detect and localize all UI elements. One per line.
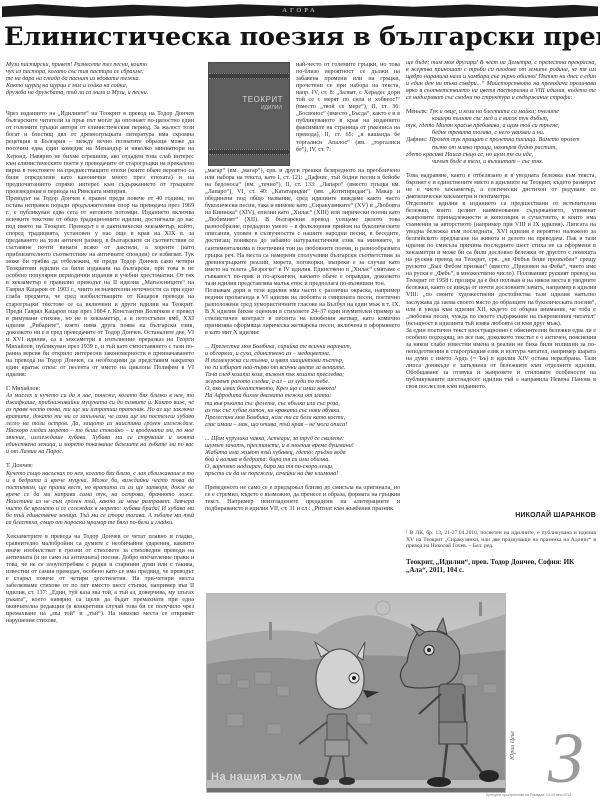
dialogue-line: пълно от мляко пращи, нахвърля буйно рас… (406, 145, 596, 152)
body-paragraph: За един поетичен текст илострационно с о… (406, 328, 596, 391)
body-paragraph: „магар“ (вм. „магар“), срв. и други греш… (205, 168, 400, 288)
dialogue-line: чичът бъде в тега, и вълиштат – със тях. (406, 159, 596, 166)
epigraph-line: дружба на дружбата, тъй ли са мили и Муз… (6, 90, 194, 97)
epigraph-line: Музи пастирски, привет! Разнесете тез пе… (6, 62, 194, 69)
section-label: АГОРА (0, 7, 600, 14)
body-paragraph: Преведеното не само се е придържал близк… (205, 485, 400, 513)
poem-line: Жабата има живот тъй хубавец, гдето: гръ… (205, 450, 400, 457)
body-paragraph: ще бъде; там моя другари! В чест на Деме… (406, 60, 596, 102)
poem-line: бой ѝ налива в бедрата: бира тя си има о… (205, 457, 400, 464)
body-paragraph: Отделните идилии в изданието са предшест… (406, 201, 596, 328)
body-paragraph: Познавам дори в тези идилии има части с … (205, 288, 400, 337)
dialogue-text: Аз мислех и кучето си да я лае, понеже, … (6, 393, 194, 456)
book-cover-title: ТЕОКРИТ (242, 95, 283, 104)
poem-line: Прелестна моя Бомбика, нозе ти са бели к… (205, 415, 400, 422)
poem-line: На Афродита бихме двамата тежки от злато… (205, 393, 400, 400)
book-cover-subtitle: ИДИЛИИ (261, 105, 282, 111)
poem-line: пръсти си да не порежеш, сечейки на две … (205, 471, 400, 478)
poem-line: ... Щом чуруликa чавка, Астеари, за труд… (205, 436, 400, 443)
dialogue-speaker: Меналк: (406, 109, 428, 115)
poem-line: шумът зачатъ, престанете, и в зноения вр… (205, 443, 400, 450)
poem-excerpt-1: ... Прелестна моя Бомбика, сирийка те вс… (205, 344, 400, 429)
author-signature: НИКОЛАЙ ШАРАНКОВ (406, 512, 596, 519)
body-paragraph: Това надравяне, както е отбелязано и в у… (406, 173, 596, 201)
cartoon-illustration: На нашия хълм (206, 593, 506, 793)
artist-credit: Юрии Цеке (510, 731, 516, 760)
body-paragraph: Чрез изданието на „Идилиите“ на Теокрит … (6, 111, 194, 196)
article-column-2: „магар“ (вм. „магар“), срв. и други греш… (205, 168, 400, 513)
cartoon-caption: На нашия хълм (211, 771, 302, 783)
page-number: 3 (548, 722, 584, 794)
epigraph: Музи пастирски, привет! Разнесете тез пе… (6, 62, 194, 97)
article-headline: Елинистическа поезия в български превод (4, 22, 600, 52)
book-cover-image: ТЕОКРИТ ИДИЛИИ (208, 62, 290, 166)
poem-line: глас имаш – мак, що отива, тъй нрав – не… (205, 422, 400, 429)
dialogue-line: гдето красива Наиса също се, но щом тя с… (406, 152, 596, 159)
body-paragraph: най-честo от големите гръцки, но това по… (296, 62, 400, 154)
article-column-1: Музи пастирски, привет! Разнесете тез пе… (6, 62, 194, 626)
dialogue-speaker: Т. Дончев: (6, 463, 194, 470)
book-bibliographic-info: Теокрит, „Идилии“, прев. Тодор Дончев, С… (406, 558, 596, 575)
poem-line: и обгоряла, и суха, единственo аз – медо… (205, 351, 400, 358)
cartoon-scene-icon (207, 594, 506, 793)
poem-line: О, варенякo надзирач, бира ми тя по-скор… (205, 464, 400, 471)
footnote: ¹ В ЛК, бр. 13, 21-27.04.2010, посветен … (406, 530, 596, 550)
dialogue-speaker: Дафнис: (406, 137, 428, 143)
dialogue-speaker: Г. Михайлов: (6, 386, 194, 393)
amoebaean-dialogue: Меналк: Тук и овце, и кози на блестата с… (406, 109, 596, 165)
cover-ornament-stripe (209, 73, 289, 79)
dialogue-line: Дафнис: Пролет тук пращат с пролетни пас… (406, 137, 596, 144)
poem-excerpt-2: ... Щом чуруликa чавка, Астеари, за труд… (205, 436, 400, 478)
article-column-2-top: най-честo от големите гръцки, но това по… (296, 62, 400, 154)
body-paragraph: Преводът на Тодор Дончев е правен преди … (6, 196, 194, 379)
colophon: Културни пространства на Пловдив, 13-19 … (486, 793, 571, 797)
body-paragraph: Хекзаметрите в превода на Тодор Дончев с… (6, 534, 194, 626)
poem-line: ти във ръката със фелета, със ябълка или… (205, 401, 400, 408)
poem-line: аз пък със хубав хитон, на краката със н… (205, 408, 400, 415)
dialogue-text: Кучето също насъсках по нея, когато бях … (6, 471, 194, 527)
cover-ornament-stripe (209, 149, 289, 155)
article-column-3: ще бъде; там моя другари! В чест на Деме… (406, 60, 596, 391)
